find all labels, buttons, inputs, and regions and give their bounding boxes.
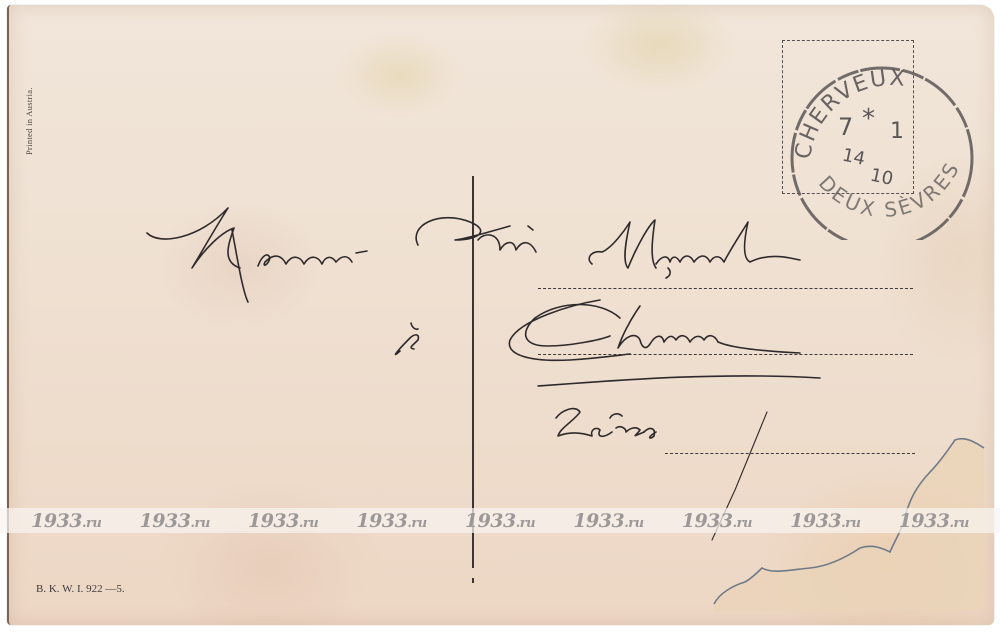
watermark-text: 1933.ru	[573, 510, 643, 532]
watermark-text: 1933.ru	[899, 510, 969, 532]
watermark-text: 1933.ru	[356, 510, 426, 532]
watermark-text: 1933.ru	[682, 510, 752, 532]
watermark-band: 1933.ru1933.ru1933.ru1933.ru1933.ru1933.…	[0, 508, 1000, 533]
watermark-text: 1933.ru	[140, 510, 210, 532]
publisher-code: B. K. W. I. 922 —5.	[36, 583, 125, 595]
torn-corner	[0, 0, 1000, 633]
watermark-text: 1933.ru	[248, 510, 318, 532]
watermark-text: 1933.ru	[790, 510, 860, 532]
watermark-text: 1933.ru	[31, 510, 101, 532]
watermark-text: 1933.ru	[465, 510, 535, 532]
